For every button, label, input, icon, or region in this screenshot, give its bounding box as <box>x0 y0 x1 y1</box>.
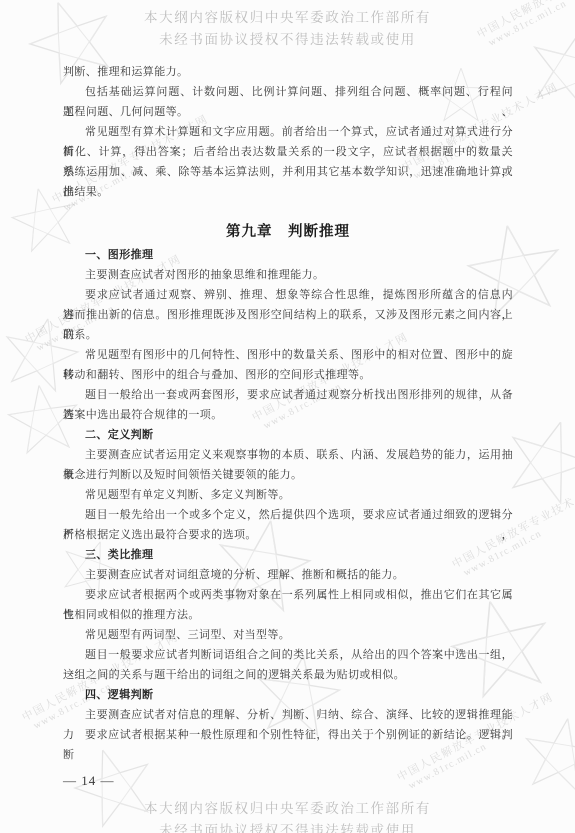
content: 判断、推理和运算能力。包括基础运算问题、计数问题、比例计算问题、排列组合问题、概… <box>63 62 513 745</box>
body-line: 题目一般先给出一个或多个定义，然后提供四个选项，要求应试者通过细致的逻辑分析， <box>63 505 513 525</box>
body-line: 移动和翻转、图形中的组合与叠加、图形的空间形式推理等。 <box>63 365 513 385</box>
body-line: 常见题型有图形中的几何特性、图形中的数量关系、图形中的相对位置、图形中的旋转 <box>63 345 513 365</box>
body-line: 要求应试者根据某种一般性原理和个别性特征，得出关于个别例证的新结论。逻辑判断 <box>63 725 513 745</box>
body-line: 要求应试者通过观察、辨别、推理、想象等综合性思维，提炼图形所蕴含的信息内容， <box>63 285 513 305</box>
copyright-watermark-top-line1: 本大纲内容版权归中央军委政治工作部所有 <box>0 6 575 26</box>
body-line: 简化、计算，得出答案；后者给出表达数量关系的一段文字，应试者根据题中的数量关系， <box>63 142 513 162</box>
body-line: 主要测查应试者运用定义来观察事物的本质、联系、内涵、发展趋势的能力，运用抽象 <box>63 445 513 465</box>
page-number: — 14 — <box>63 773 115 789</box>
body-line: 常见题型有算术计算题和文字应用题。前者给出一个算式，应试者通过对算式进行分析、 <box>63 122 513 142</box>
copyright-watermark-top-line2: 未经书面协议授权不得违法转载或使用 <box>0 28 575 48</box>
body-line: 也相同或相似的推理方法。 <box>63 605 513 625</box>
body-line: 题目一般要求应试者判断词语组合之间的类比关系，从给出的四个答案中选出一组，这 <box>63 645 513 665</box>
body-line: 判断、推理和运算能力。 <box>63 62 513 82</box>
site-watermark-name: 中国人民解放军专业技术人才网 <box>474 0 575 42</box>
section-heading: 三、类比推理 <box>63 545 513 565</box>
body-line: 概念进行判断以及短时间领悟关键要领的能力。 <box>63 465 513 485</box>
section-heading: 一、图形推理 <box>63 245 513 265</box>
copyright-watermark-bottom-line1: 本大纲内容版权归中央军委政治工作部所有 <box>0 797 575 817</box>
star-watermark-icon <box>516 712 575 802</box>
body-line: 题目一般给出一套或两套图形，要求应试者通过观察分析找出图形排列的规律，从备选 <box>63 385 513 405</box>
site-watermark: 中国人民解放军专业技术人才网www.81rc.mil.cn <box>474 0 575 51</box>
body-line: 联系。 <box>63 325 513 345</box>
body-line: 包括基础运算问题、计数问题、比例计算问题、排列组合问题、概率问题、行程问题、 <box>63 82 513 102</box>
body-line: 主要测查应试者对词组意境的分析、理解、推断和概括的能力。 <box>63 565 513 585</box>
body-line: 进而推出新的信息。图形推理既涉及图形空间结构上的联系，又涉及图形元素之间内容上的 <box>63 305 513 325</box>
star-watermark-icon <box>518 18 575 122</box>
body-line: 常见题型有单定义判断、多定义判断等。 <box>63 485 513 505</box>
body-line: 出结果。 <box>63 182 513 202</box>
body-line: 熟练运用加、减、乘、除等基本运算法则，并利用其它基本数学知识，迅速准确地计算或推 <box>63 162 513 182</box>
body-line: 答案中选出最符合规律的一项。 <box>63 405 513 425</box>
chapter-title: 第九章 判断推理 <box>63 222 513 242</box>
body-line: 一组之间的关系与题干给出的词组之间的逻辑关系最为贴切或相似。 <box>63 665 513 685</box>
body-line: 主要测查应试者对信息的理解、分析、判断、归纳、综合、演绎、比较的逻辑推理能力。 <box>63 705 513 725</box>
section-heading: 四、逻辑判断 <box>63 685 513 705</box>
body-line: 要求应试者根据两个或两类事物对象在一系列属性上相同或相似，推出它们在其它属性 <box>63 585 513 605</box>
body-line: 主要测查应试者对图形的抽象思维和推理能力。 <box>63 265 513 285</box>
site-watermark-url: www.81rc.mil.cn <box>487 0 575 49</box>
section-heading: 二、定义判断 <box>63 425 513 445</box>
document-page: 中国人民解放军专业技术人才网www.81rc.mil.cn中国人民解放军专业技术… <box>0 0 575 833</box>
body-line: 常见题型有两词型、三词型、对当型等。 <box>63 625 513 645</box>
copyright-watermark-bottom-line2: 未经书面协议授权不得违法转载或使用 <box>0 819 575 833</box>
